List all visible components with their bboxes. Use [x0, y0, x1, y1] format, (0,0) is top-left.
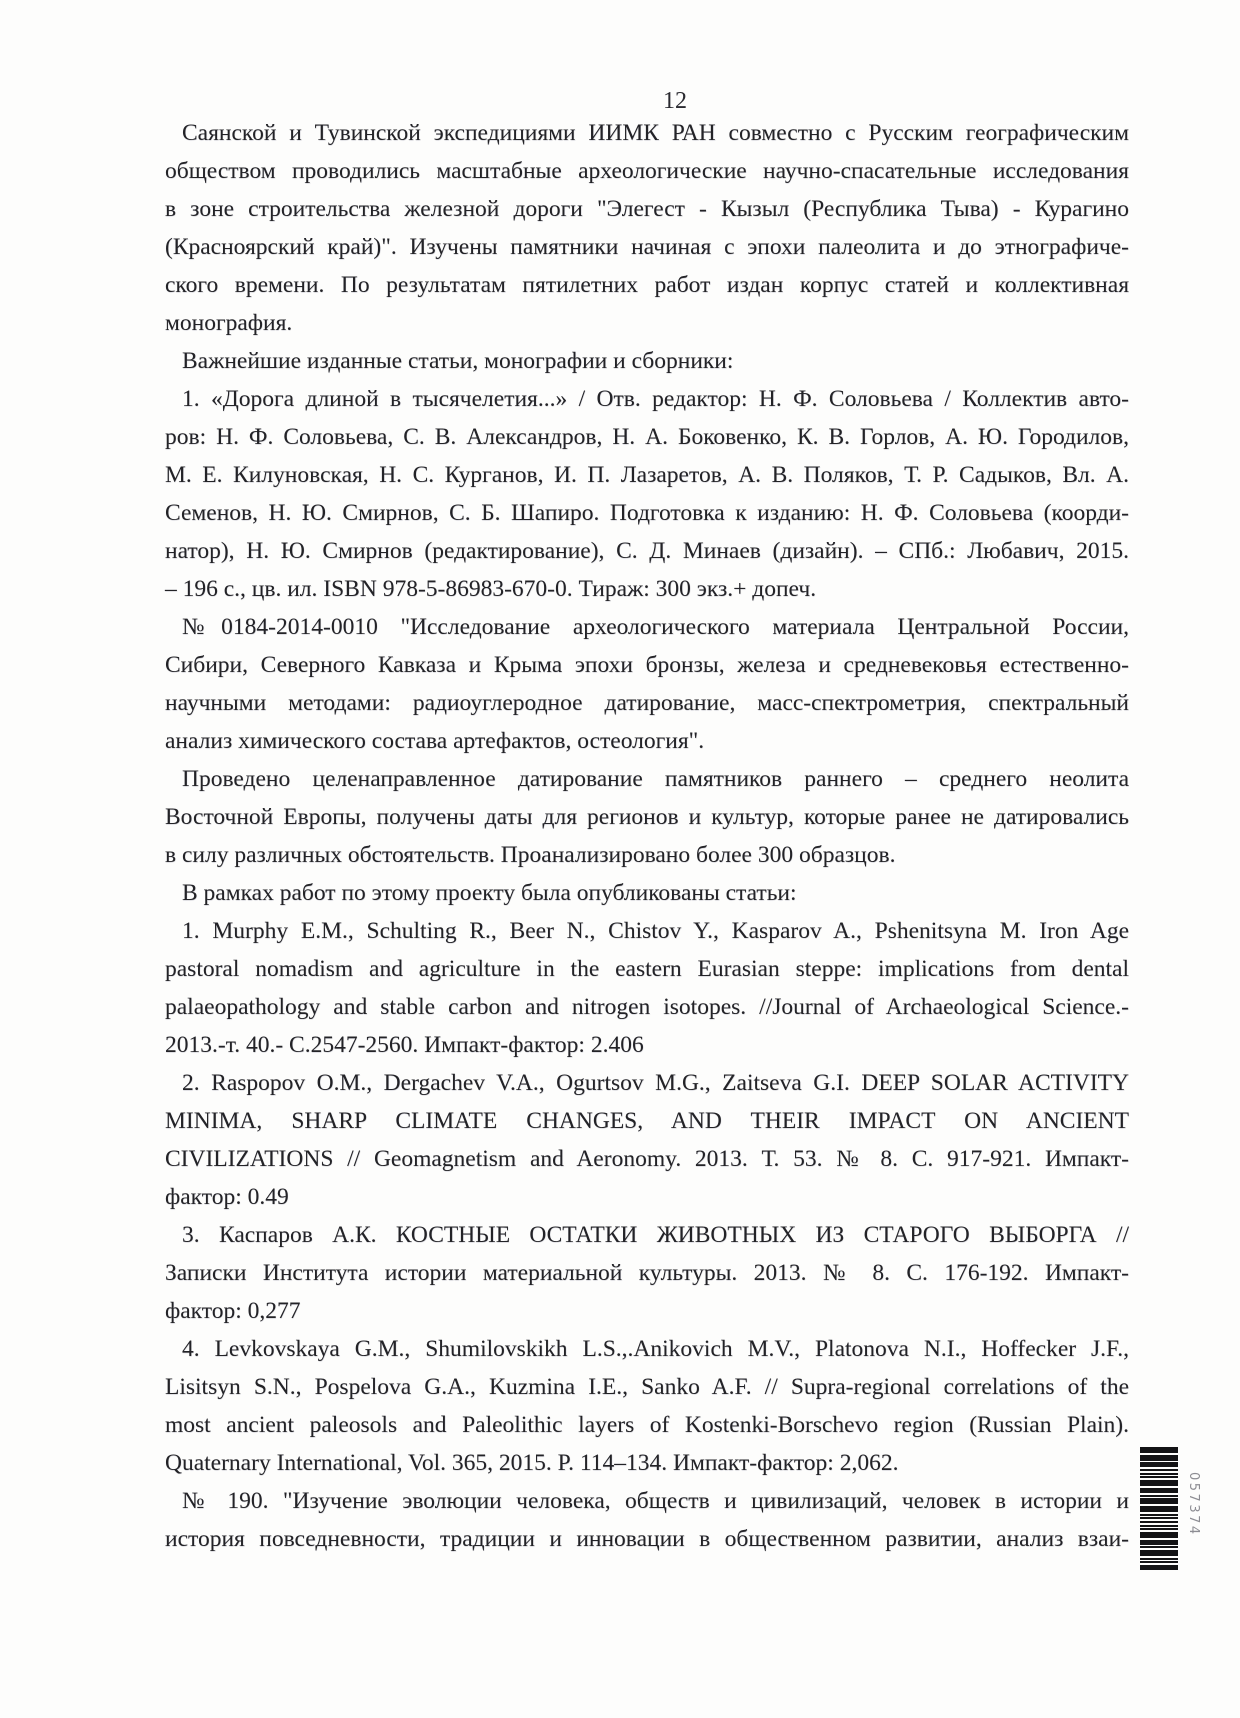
text-line: фактор: 0.49 — [165, 1178, 1129, 1216]
text-line: CIVILIZATIONS // Geomagnetism and Aerono… — [165, 1140, 1129, 1178]
text-line: в зоне строительства железной дороги "Эл… — [165, 190, 1129, 228]
barcode-bar — [1140, 1488, 1178, 1493]
text-line: В рамках работ по этому проекту была опу… — [165, 874, 1129, 912]
text-line: (Красноярский край)". Изучены памятники … — [165, 228, 1129, 266]
barcode-bar — [1140, 1546, 1178, 1548]
text-line: 2013.-т. 40.- С.2547-2560. Импакт-фактор… — [165, 1026, 1129, 1064]
text-line: обществом проводились масштабные археоло… — [165, 152, 1129, 190]
text-line: №0184-2014-0010 "Исследование археологич… — [165, 608, 1129, 646]
text-line: Quaternary International, Vol. 365, 2015… — [165, 1444, 1129, 1482]
text-line: Записки Института истории материальной к… — [165, 1254, 1129, 1292]
barcode-bar — [1140, 1517, 1178, 1519]
barcode-bar — [1140, 1540, 1178, 1545]
text-line: Важнейшие изданные статьи, монографии и … — [165, 342, 1129, 380]
paragraph: 1. Murphy E.M., Schulting R., Beer N., C… — [165, 912, 1129, 1064]
text-line: Lisitsyn S.N., Pospelova G.A., Kuzmina I… — [165, 1368, 1129, 1406]
text-line: научными методами: радиоуглеродное датир… — [165, 684, 1129, 722]
text-line: Семенов, Н. Ю. Смирнов, С. Б. Шапиро. По… — [165, 494, 1129, 532]
barcode-bar — [1140, 1525, 1178, 1527]
text-line: 4. Levkovskaya G.M., Shumilovskikh L.S.,… — [165, 1330, 1129, 1368]
text-line: М. Е. Килуновская, Н. С. Курганов, И. П.… — [165, 456, 1129, 494]
barcode-bar — [1140, 1514, 1178, 1516]
barcode-bar — [1140, 1550, 1178, 1556]
text-line: Сибири, Северного Кавказа и Крыма эпохи … — [165, 646, 1129, 684]
text-line: анализ химического состава артефактов, о… — [165, 722, 1129, 760]
barcode-bar — [1140, 1480, 1178, 1486]
text-line: Восточной Европы, получены даты для реги… — [165, 798, 1129, 836]
page-number: 12 — [640, 88, 710, 115]
text-line: монография. — [165, 304, 1129, 342]
text-line: most ancient paleosols and Paleolithic l… — [165, 1406, 1129, 1444]
barcode-bar — [1140, 1498, 1178, 1504]
barcode-bar — [1140, 1476, 1178, 1478]
paragraph: Саянской и Тувинской экспедициями ИИМК Р… — [165, 114, 1129, 342]
text-line: 1. Murphy E.M., Schulting R., Beer N., C… — [165, 912, 1129, 950]
text-line: натор), Н. Ю. Смирнов (редактирование), … — [165, 532, 1129, 570]
text-line: 2. Raspopov O.M., Dergachev V.A., Ogurts… — [165, 1064, 1129, 1102]
paragraph: Проведено целенаправленное датирование п… — [165, 760, 1129, 874]
text-line: MINIMA, SHARP CLIMATE CHANGES, AND THEIR… — [165, 1102, 1129, 1140]
paragraph: 2. Raspopov O.M., Dergachev V.A., Ogurts… — [165, 1064, 1129, 1216]
text-line: 1. «Дорога длиной в тысячелетия...» / От… — [165, 380, 1129, 418]
barcode-bar — [1140, 1558, 1178, 1560]
text-line: pastoral nomadism and agriculture in the… — [165, 950, 1129, 988]
barcode-number: 057374 — [1186, 1472, 1201, 1537]
paragraph: №0184-2014-0010 "Исследование археологич… — [165, 608, 1129, 760]
paragraph: 1. «Дорога длиной в тысячелетия...» / От… — [165, 380, 1129, 608]
paragraph: 3. Каспаров А.К. КОСТНЫЕ ОСТАТКИ ЖИВОТНЫ… — [165, 1216, 1129, 1330]
text-line: фактор: 0,277 — [165, 1292, 1129, 1330]
text-line: ров: Н. Ф. Соловьева, С. В. Александров,… — [165, 418, 1129, 456]
text-line: история повседневности, традиции и иннов… — [165, 1520, 1129, 1558]
barcode-bar — [1140, 1447, 1178, 1453]
barcode-bar — [1140, 1561, 1178, 1563]
paragraph: Важнейшие изданные статьи, монографии и … — [165, 342, 1129, 380]
text-line: – 196 с., цв. ил. ISBN 978-5-86983-670-0… — [165, 570, 1129, 608]
paragraph: № 190. "Изучение эволюции человека, обще… — [165, 1482, 1129, 1558]
paragraph: 4. Levkovskaya G.M., Shumilovskikh L.S.,… — [165, 1330, 1129, 1482]
barcode-bar — [1140, 1565, 1178, 1570]
barcode-bar — [1140, 1473, 1178, 1475]
text-line: palaeopathology and stable carbon and ni… — [165, 988, 1129, 1026]
text-line: Саянской и Тувинской экспедициями ИИМК Р… — [165, 114, 1129, 152]
text-line: 3. Каспаров А.К. КОСТНЫЕ ОСТАТКИ ЖИВОТНЫ… — [165, 1216, 1129, 1254]
text-line: ского времени. По результатам пятилетних… — [165, 266, 1129, 304]
barcode-bar — [1140, 1521, 1178, 1523]
text-line: в силу различных обстоятельств. Проанали… — [165, 836, 1129, 874]
barcode-bar — [1140, 1469, 1178, 1471]
document-body: Саянской и Тувинской экспедициями ИИМК Р… — [165, 114, 1129, 1558]
text-line: № 190. "Изучение эволюции человека, обще… — [165, 1482, 1129, 1520]
text-line: Проведено целенаправленное датирование п… — [165, 760, 1129, 798]
barcode-bar — [1140, 1528, 1178, 1530]
scanned-page: 12 Саянской и Тувинской экспедициями ИИМ… — [0, 0, 1240, 1718]
paragraph: В рамках работ по этому проекту была опу… — [165, 874, 1129, 912]
barcode-bar — [1140, 1532, 1178, 1538]
barcode-bar — [1140, 1495, 1178, 1497]
barcode — [1140, 1447, 1178, 1570]
barcode-bars — [1140, 1447, 1178, 1570]
barcode-bar — [1140, 1455, 1178, 1461]
barcode-bar — [1140, 1506, 1178, 1512]
barcode-bar — [1140, 1462, 1178, 1467]
